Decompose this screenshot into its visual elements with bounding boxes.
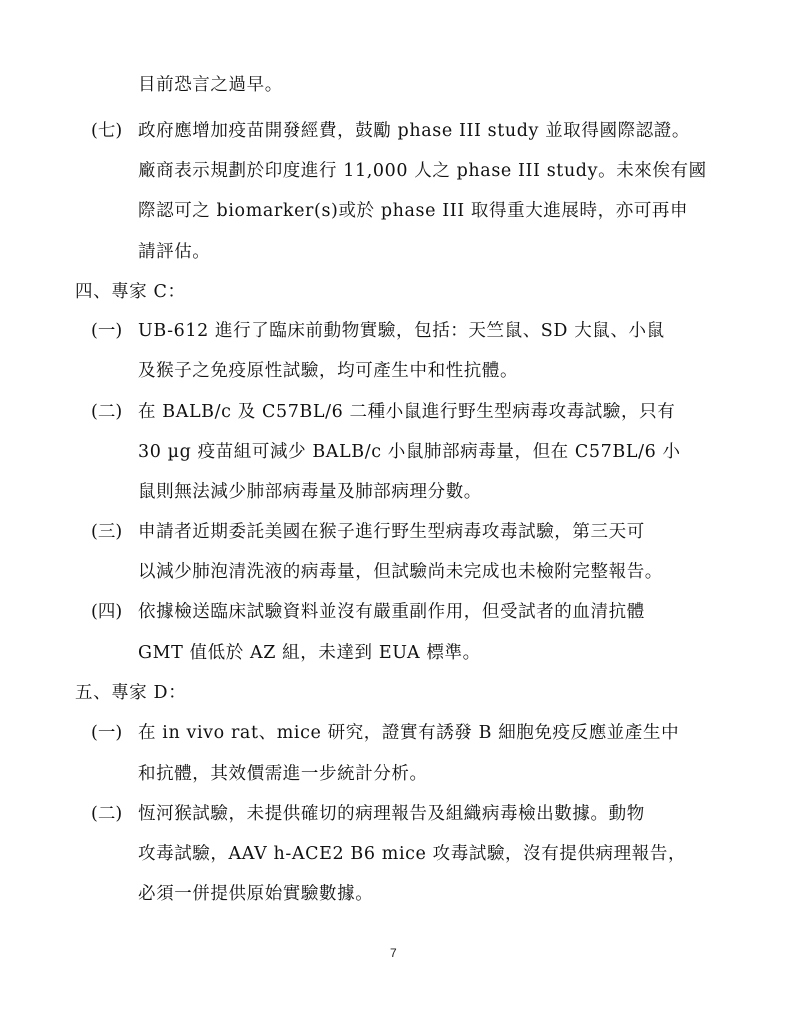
list-marker: (三) bbox=[91, 520, 122, 544]
paragraph-line: 申請者近期委託美國在猴子進行野生型病毒攻毒試驗，第三天可 bbox=[138, 520, 645, 544]
paragraph-line: 及猴子之免疫原性試驗，均可產生中和性抗體。 bbox=[138, 359, 518, 383]
paragraph-line: 目前恐言之過早。 bbox=[138, 73, 283, 97]
list-marker: (一) bbox=[91, 319, 122, 343]
paragraph-line: 30 µg 疫苗組可減少 BALB/c 小鼠肺部病毒量，但在 C57BL/6 小 bbox=[138, 440, 681, 464]
paragraph-line: 依據檢送臨床試驗資料並沒有嚴重副作用，但受試者的血清抗體 bbox=[138, 600, 645, 624]
page-number: 7 bbox=[390, 946, 397, 960]
paragraph-line: 請評估。 bbox=[138, 240, 210, 264]
paragraph-line: 鼠則無法減少肺部病毒量及肺部病理分數。 bbox=[138, 480, 482, 504]
paragraph-line: 和抗體，其效價需進一步統計分析。 bbox=[138, 762, 428, 786]
paragraph-line: 政府應增加疫苗開發經費，鼓勵 phase III study 並取得國際認證。 bbox=[138, 119, 690, 143]
section-heading: 四、專家 C： bbox=[75, 280, 186, 304]
paragraph-line: 在 in vivo rat、mice 研究，證實有誘發 B 細胞免疫反應並產生中 bbox=[138, 721, 679, 745]
list-marker: (二) bbox=[91, 400, 122, 424]
paragraph-line: 際認可之 biomarker(s)或於 phase III 取得重大進展時，亦可… bbox=[138, 199, 688, 223]
list-marker: (四) bbox=[91, 600, 122, 624]
paragraph-line: 攻毒試驗，AAV h-ACE2 B6 mice 攻毒試驗，沒有提供病理報告， bbox=[138, 842, 686, 866]
list-marker: (二) bbox=[91, 802, 122, 826]
paragraph-line: UB-612 進行了臨床前動物實驗，包括：天竺鼠、SD 大鼠、小鼠 bbox=[138, 319, 665, 343]
paragraph-line: 在 BALB/c 及 C57BL/6 二種小鼠進行野生型病毒攻毒試驗，只有 bbox=[138, 400, 675, 424]
paragraph-line: 以減少肺泡清洗液的病毒量，但試驗尚未完成也未檢附完整報告。 bbox=[138, 560, 663, 584]
paragraph-line: 廠商表示規劃於印度進行 11,000 人之 phase III study。未來… bbox=[138, 159, 707, 183]
paragraph-line: GMT 值低於 AZ 組，未達到 EUA 標準。 bbox=[138, 641, 481, 665]
paragraph-line: 必須一併提供原始實驗數據。 bbox=[138, 882, 373, 906]
list-marker: (一) bbox=[91, 721, 122, 745]
list-marker: (七) bbox=[91, 119, 122, 143]
paragraph-line: 恆河猴試驗，未提供確切的病理報告及組織病毒檢出數據。動物 bbox=[138, 802, 645, 826]
section-heading: 五、專家 D： bbox=[75, 681, 186, 705]
